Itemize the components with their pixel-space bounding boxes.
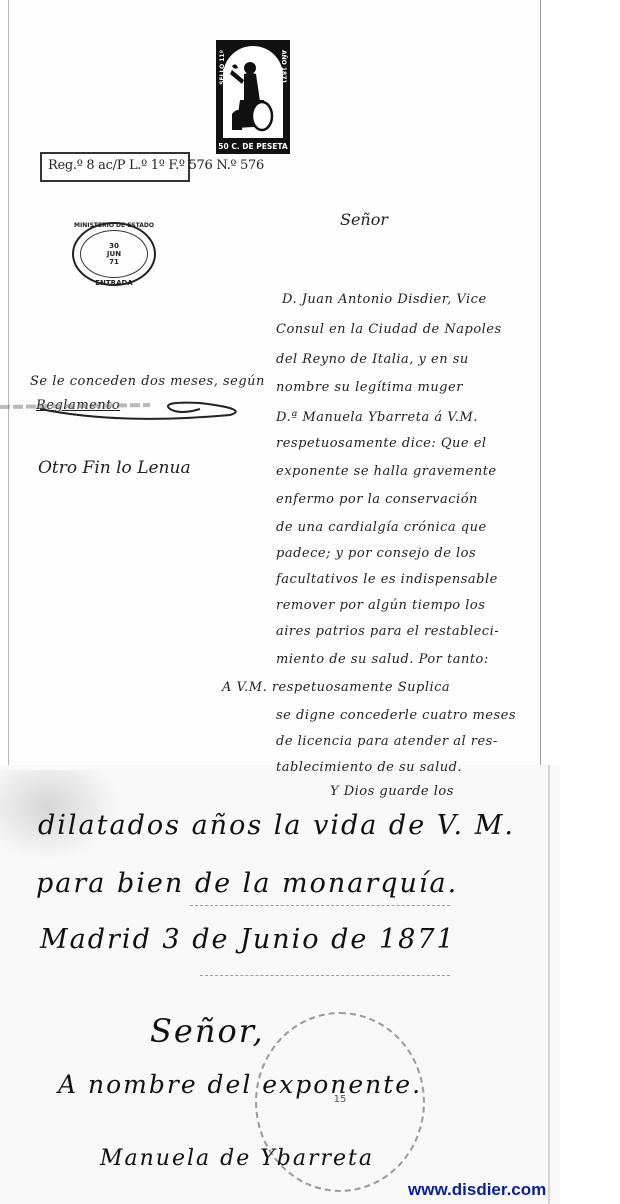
- entry-stamp-top-text: MINISTERIO DE ESTADO: [74, 222, 154, 229]
- entry-stamp-date: 30 JUN 71: [74, 242, 154, 266]
- petition-line: nombre su legítima muger: [276, 380, 463, 395]
- page-left-border: [8, 0, 9, 770]
- page-right-border: [540, 0, 541, 770]
- signature-salutation: Señor,: [150, 1012, 265, 1050]
- flourish-underline-icon: [0, 395, 260, 435]
- closing-line: para bien de la monarquía.: [36, 868, 458, 899]
- signature: Manuela de Ybarreta: [100, 1146, 374, 1171]
- stamp-right-text: AÑO 1871: [280, 50, 287, 84]
- on-behalf-line: A nombre del exponente.: [58, 1070, 422, 1099]
- petition-line: D. Juan Antonio Disdier, Vice: [282, 292, 487, 307]
- petition-line: A V.M. respetuosamente Suplica: [222, 680, 450, 695]
- petition-line: respetuosamente dice: Que el: [276, 436, 487, 451]
- petition-salutation: Señor: [340, 210, 388, 229]
- seated-allegorical-figure-icon: [230, 56, 274, 136]
- petition-line: miento de su salud. Por tanto:: [276, 652, 489, 667]
- faint-line: [200, 975, 450, 976]
- petition-line: padece; y por consejo de los: [276, 546, 476, 561]
- website-watermark-link[interactable]: www.disdier.com: [408, 1180, 546, 1200]
- faint-line: [190, 905, 450, 906]
- petition-line: de una cardialgía crónica que: [276, 520, 487, 535]
- petition-line: facultativos le es indispensable: [276, 572, 498, 587]
- petition-line: se digne concederle cuatro meses: [276, 708, 516, 723]
- stamp-value-label: 50 C. DE PESETA: [218, 142, 288, 151]
- closing-line: dilatados años la vida de V. M.: [38, 810, 515, 841]
- petition-line: D.ª Manuela Ybarreta á V.M.: [276, 410, 478, 425]
- revenue-stamp: SELLO 11º AÑO 1871 50 C. DE PESETA: [216, 40, 290, 154]
- petition-line: enfermo por la conservación: [276, 492, 478, 507]
- entry-stamp-bottom-text: ENTRADA: [74, 279, 154, 287]
- petition-line: aires patrios para el restableci-: [276, 624, 499, 639]
- registry-stamp-box: Reg.º 8 ac/P L.º 1º F.º 576 N.º 576: [40, 152, 190, 182]
- stamp-left-text: SELLO 11º: [219, 50, 226, 85]
- closing-date-line: Madrid 3 de Junio de 1871: [40, 924, 456, 955]
- margin-resolution-line1: Se le conceden dos meses, según: [30, 374, 265, 389]
- entry-oval-stamp: MINISTERIO DE ESTADO 30 JUN 71 ENTRADA: [72, 222, 156, 286]
- petition-line: exponente se halla gravemente: [276, 464, 497, 479]
- petition-line: Y Dios guarde los: [330, 784, 454, 799]
- margin-initials: Otro Fin lo Lenua: [38, 458, 191, 478]
- petition-line: remover por algún tiempo los: [276, 598, 485, 613]
- lower-sheet-edge: [548, 765, 550, 1204]
- petition-line: Consul en la Ciudad de Napoles: [276, 322, 502, 337]
- petition-line: de licencia para atender al res-: [276, 734, 498, 749]
- petition-line: del Reyno de Italia, y en su: [276, 352, 469, 367]
- petition-line: tablecimiento de su salud.: [276, 760, 462, 775]
